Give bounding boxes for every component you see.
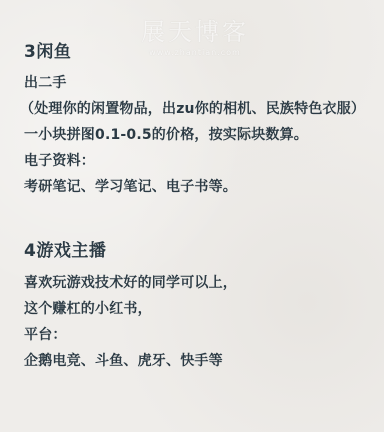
- section-line: 一小块拼图0.1-0.5的价格，按实际块数算。: [24, 126, 308, 144]
- watermark: 展天博客 www.zhantian.com: [130, 18, 260, 58]
- section-line: 考研笔记、学习笔记、电子书等。: [24, 178, 237, 196]
- watermark-title: 展天博客: [130, 18, 260, 46]
- section-line: 喜欢玩游戏技术好的同学可以上，: [24, 274, 237, 292]
- section-line: 平台：: [24, 326, 67, 344]
- section-line: 这个赚杠的小红书，: [24, 300, 152, 318]
- section-line: 企鹅电竞、斗鱼、虎牙、快手等: [24, 352, 223, 370]
- section-line: 电子资料：: [24, 152, 95, 170]
- section-heading-game-streamer: 4游戏主播: [24, 240, 106, 262]
- section-heading-xianyu: 3闲鱼: [24, 41, 71, 63]
- watermark-url: www.zhantian.com: [130, 48, 260, 58]
- section-line: 出二手: [24, 74, 67, 92]
- section-line: （处理你的闲置物品，出zu你的相机、民族特色衣服）: [20, 100, 365, 118]
